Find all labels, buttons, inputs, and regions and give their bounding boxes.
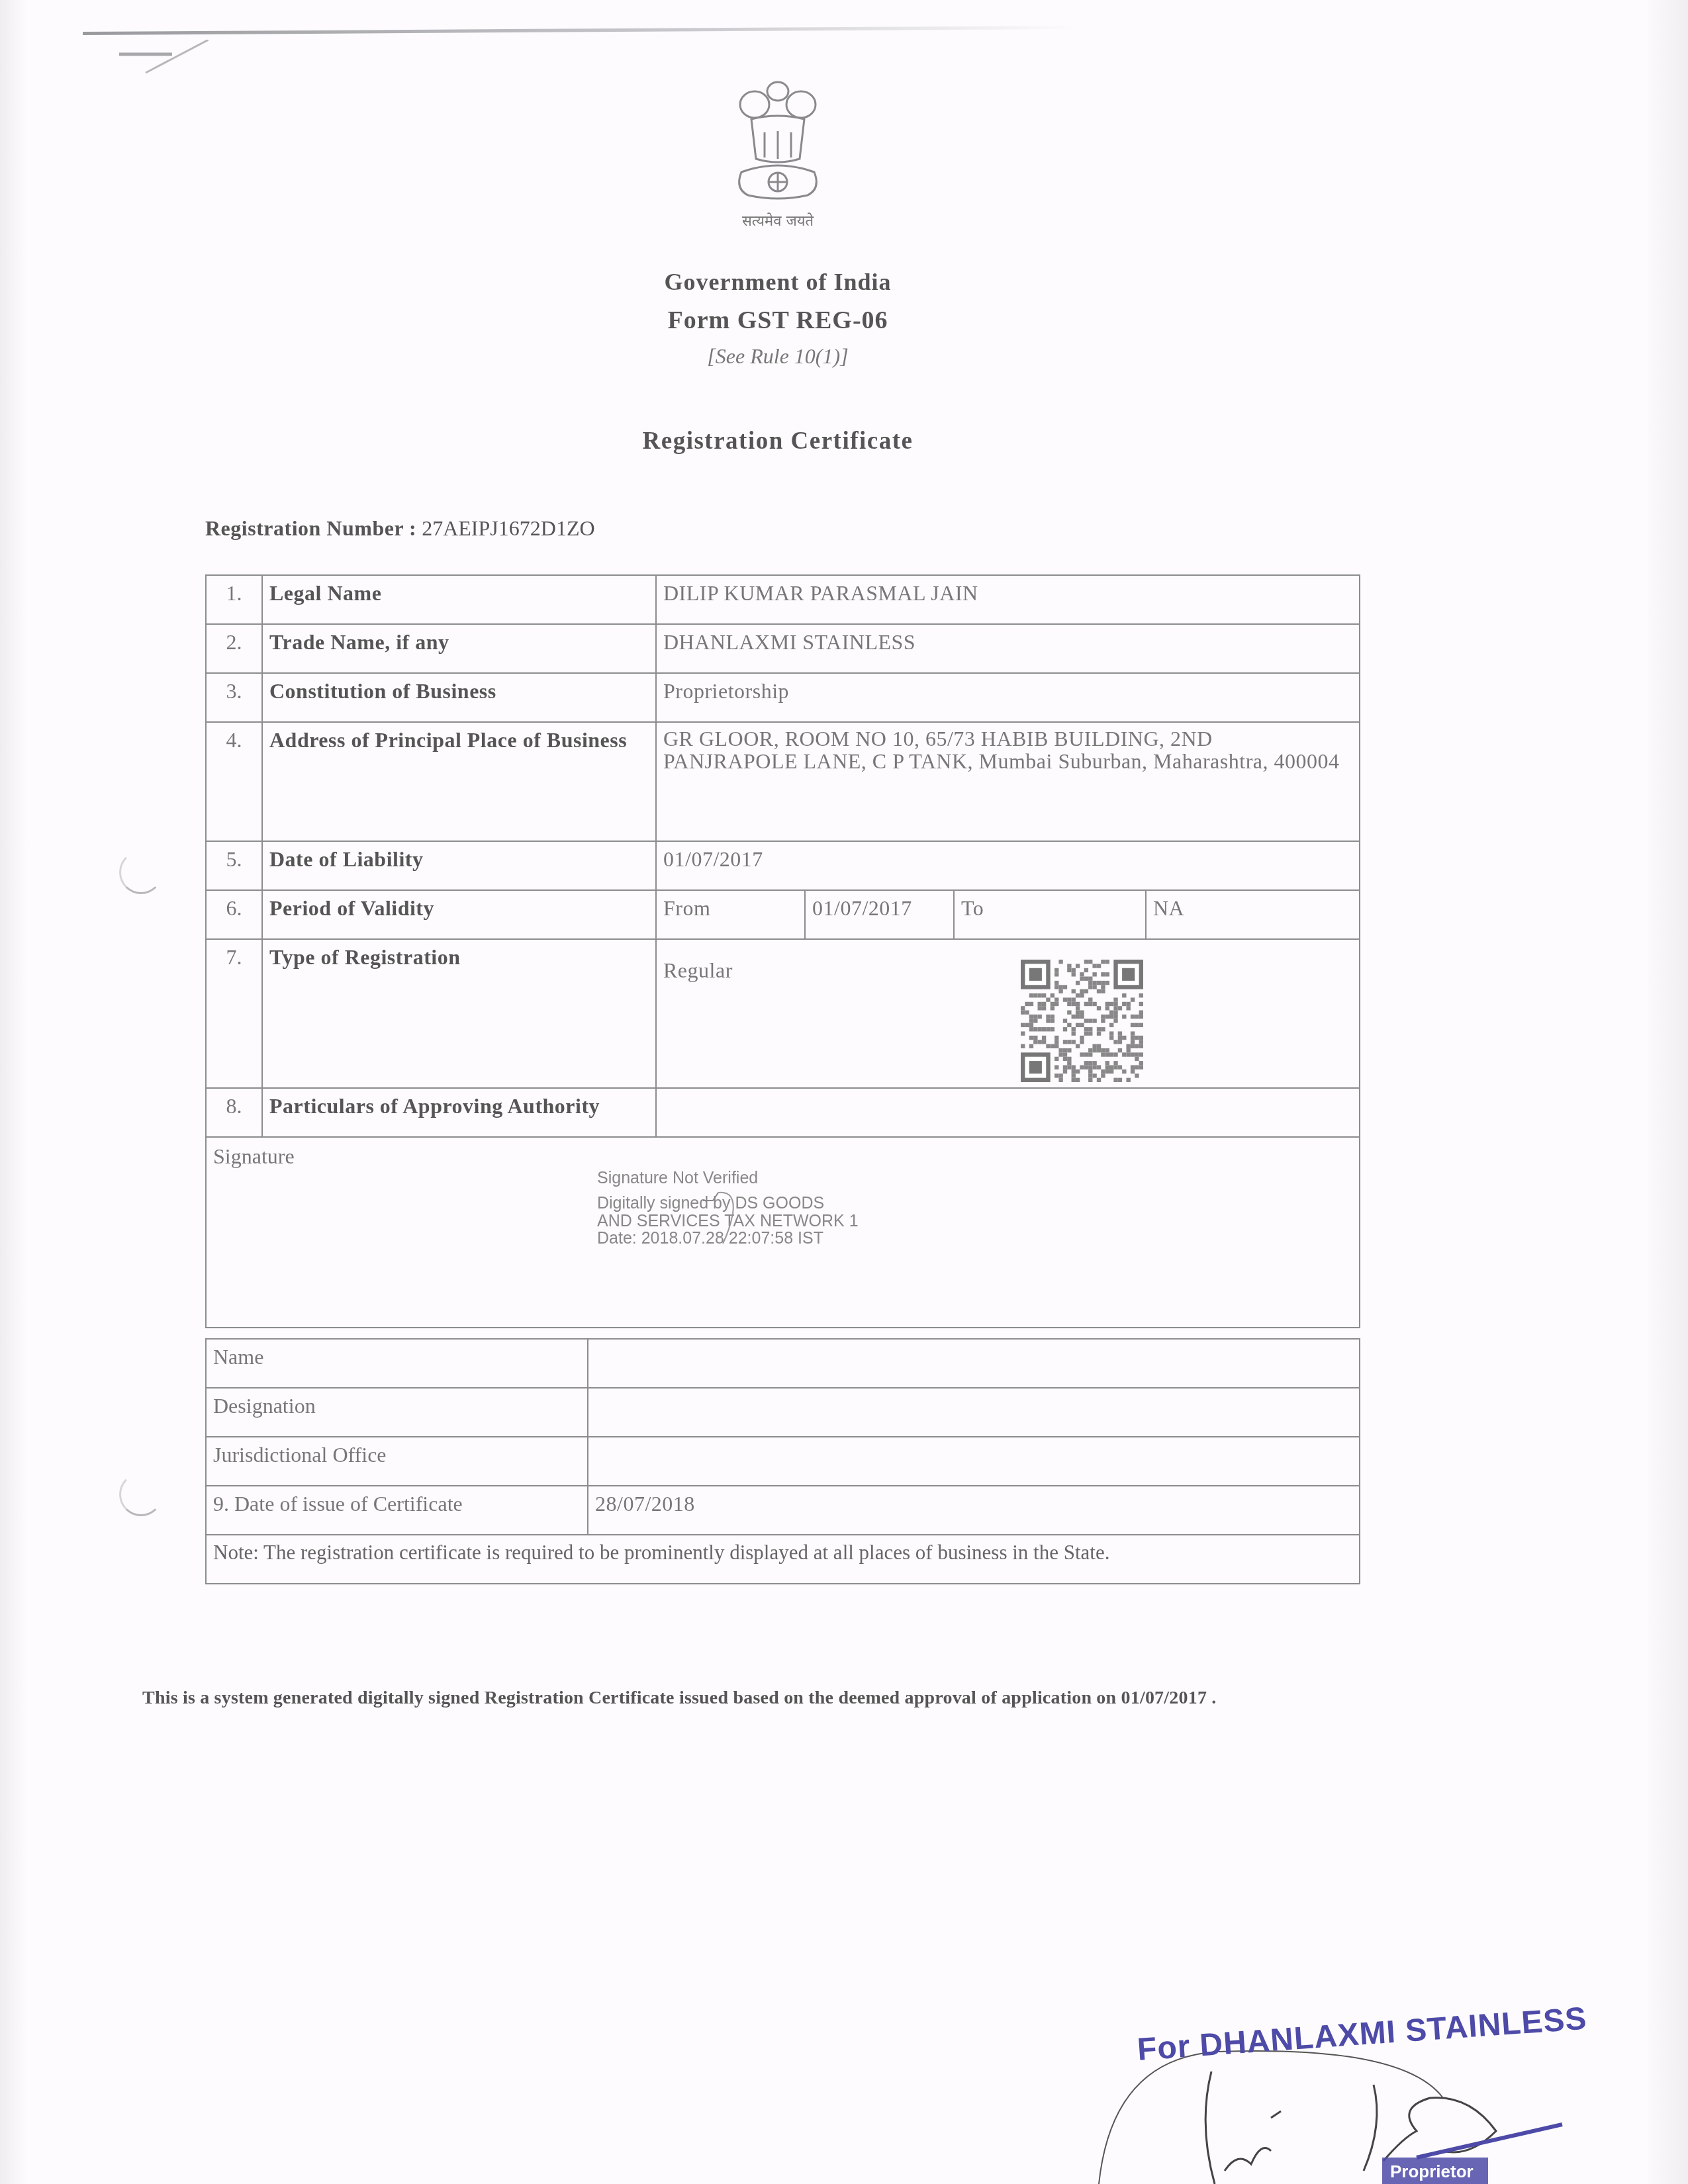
- row-label: Period of Validity: [262, 890, 656, 939]
- validity-to-label: To: [954, 890, 1146, 939]
- authority-label: Name: [206, 1339, 588, 1388]
- row-number: 6.: [206, 890, 262, 939]
- row-number: 7.: [206, 939, 262, 1088]
- signature-check-icon: [700, 1181, 746, 1253]
- table-row: 7. Type of Registration Regular: [206, 939, 1360, 1088]
- row-label: Constitution of Business: [262, 673, 656, 722]
- registration-number-value: 27AEIPJ1672D1ZO: [422, 516, 594, 540]
- page-title: Registration Certificate: [563, 427, 993, 455]
- date-of-liability-value: 01/07/2017: [656, 841, 1360, 890]
- display-note: Note: The registration certificate is re…: [206, 1535, 1360, 1584]
- authority-label: 9. Date of issue of Certificate: [206, 1486, 588, 1535]
- authority-value: [588, 1339, 1360, 1388]
- row-label: Trade Name, if any: [262, 624, 656, 673]
- table-row: 5. Date of Liability 01/07/2017: [206, 841, 1360, 890]
- authority-table: Name Designation Jurisdictional Office 9…: [205, 1338, 1360, 1584]
- row-number: 4.: [206, 722, 262, 841]
- emblem-motto: सत्यमेव जयते: [662, 210, 894, 230]
- table-row: 9. Date of issue of Certificate 28/07/20…: [206, 1486, 1360, 1535]
- validity-to-value: NA: [1146, 890, 1360, 939]
- signature-row: Signature Signature Not Verified Digital…: [206, 1137, 1360, 1328]
- punch-hole-mark: [119, 1473, 163, 1516]
- registration-type-cell: Regular: [656, 939, 1360, 1088]
- validity-from-label: From: [656, 890, 805, 939]
- row-label: Particulars of Approving Authority: [262, 1088, 656, 1137]
- scan-artifact-line: [83, 26, 1076, 35]
- note-row: Note: The registration certificate is re…: [206, 1535, 1360, 1584]
- rule-reference: [See Rule 10(1)]: [596, 344, 960, 369]
- trade-name-value: DHANLAXMI STAINLESS: [656, 624, 1360, 673]
- scan-edge: [1648, 0, 1688, 2184]
- table-row: 4. Address of Principal Place of Busines…: [206, 722, 1360, 841]
- registration-number: Registration Number : 27AEIPJ1672D1ZO: [205, 516, 595, 541]
- registration-type-value: Regular: [663, 958, 1352, 983]
- row-number: 2.: [206, 624, 262, 673]
- signature-label: Signature: [213, 1144, 295, 1169]
- authority-label: Jurisdictional Office: [206, 1437, 588, 1486]
- table-row: 8. Particulars of Approving Authority: [206, 1088, 1360, 1137]
- authority-value: [588, 1388, 1360, 1437]
- system-generated-footer: This is a system generated digitally sig…: [142, 1688, 1217, 1709]
- row-number: 1.: [206, 575, 262, 624]
- certificate-table: 1. Legal Name DILIP KUMAR PARASMAL JAIN …: [205, 574, 1360, 1328]
- qr-code: [1021, 960, 1143, 1082]
- form-heading: Form GST REG-06: [596, 306, 960, 335]
- registration-number-label: Registration Number :: [205, 516, 416, 540]
- signature-cell: Signature Signature Not Verified Digital…: [206, 1137, 1360, 1328]
- punch-hole-mark: [119, 850, 163, 894]
- validity-from-value: 01/07/2017: [805, 890, 954, 939]
- row-number: 8.: [206, 1088, 262, 1137]
- table-row: Jurisdictional Office: [206, 1437, 1360, 1486]
- authority-label: Designation: [206, 1388, 588, 1437]
- row-number: 3.: [206, 673, 262, 722]
- authority-value: [588, 1437, 1360, 1486]
- table-row: Name: [206, 1339, 1360, 1388]
- government-heading: Government of India: [596, 268, 960, 296]
- approving-authority-value: [656, 1088, 1360, 1137]
- tick-mark-icon: [116, 40, 209, 79]
- table-row: 2. Trade Name, if any DHANLAXMI STAINLES…: [206, 624, 1360, 673]
- row-label: Date of Liability: [262, 841, 656, 890]
- national-emblem-icon: [728, 73, 827, 205]
- row-label: Address of Principal Place of Business: [262, 722, 656, 841]
- scan-edge: [0, 0, 26, 2184]
- table-row: 6. Period of Validity From 01/07/2017 To…: [206, 890, 1360, 939]
- table-row: 1. Legal Name DILIP KUMAR PARASMAL JAIN: [206, 575, 1360, 624]
- svg-text:Proprietor: Proprietor: [1390, 2161, 1474, 2181]
- row-label: Type of Registration: [262, 939, 656, 1088]
- issue-date-value: 28/07/2018: [588, 1486, 1360, 1535]
- row-label: Legal Name: [262, 575, 656, 624]
- table-row: Designation: [206, 1388, 1360, 1437]
- address-value: GR GLOOR, ROOM NO 10, 65/73 HABIB BUILDI…: [656, 722, 1360, 841]
- row-number: 5.: [206, 841, 262, 890]
- legal-name-value: DILIP KUMAR PARASMAL JAIN: [656, 575, 1360, 624]
- table-row: 3. Constitution of Business Proprietorsh…: [206, 673, 1360, 722]
- constitution-value: Proprietorship: [656, 673, 1360, 722]
